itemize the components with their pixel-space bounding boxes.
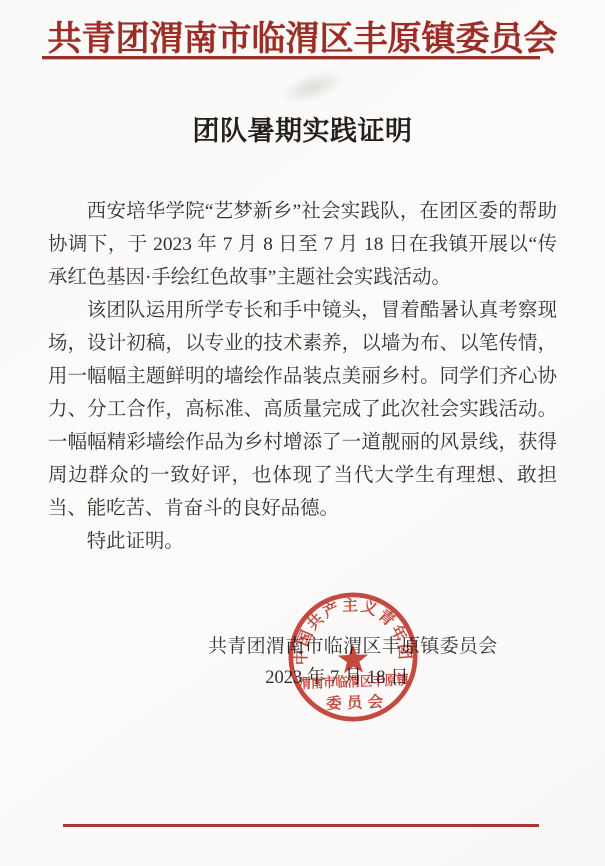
body-paragraph-2: 该团队运用所学专长和手中镜头，冒着酷暑认真考察现场，设计初稿，以专业的技术素养，… xyxy=(48,294,557,525)
scan-smudge-artifact xyxy=(276,64,351,110)
letterhead-rule xyxy=(42,56,540,59)
document-title: 团队暑期实践证明 xyxy=(0,109,605,148)
scanned-document-page: 共青团渭南市临渭区丰原镇委员会 团队暑期实践证明 西安培华学院“艺梦新乡”社会实… xyxy=(0,0,605,866)
official-seal-stamp: 中国共产主义青年团 渭南市临渭区丰原镇 委员会 xyxy=(282,586,425,729)
seal-svg: 中国共产主义青年团 渭南市临渭区丰原镇 委员会 xyxy=(282,586,425,729)
seal-org-line2: 委员会 xyxy=(326,692,384,713)
letterhead-org-name: 共青团渭南市临渭区丰原镇委员会 xyxy=(0,11,605,60)
footer-rule xyxy=(63,824,539,827)
seal-org-line1: 渭南市临渭区丰原镇 xyxy=(298,671,410,691)
document-body: 西安培华学院“艺梦新乡”社会实践队，在团区委的帮助协调下，于 2023 年 7 … xyxy=(48,195,557,558)
star-icon xyxy=(337,644,368,674)
body-paragraph-closing: 特此证明。 xyxy=(48,525,557,558)
body-paragraph-1: 西安培华学院“艺梦新乡”社会实践队，在团区委的帮助协调下，于 2023 年 7 … xyxy=(48,195,557,294)
